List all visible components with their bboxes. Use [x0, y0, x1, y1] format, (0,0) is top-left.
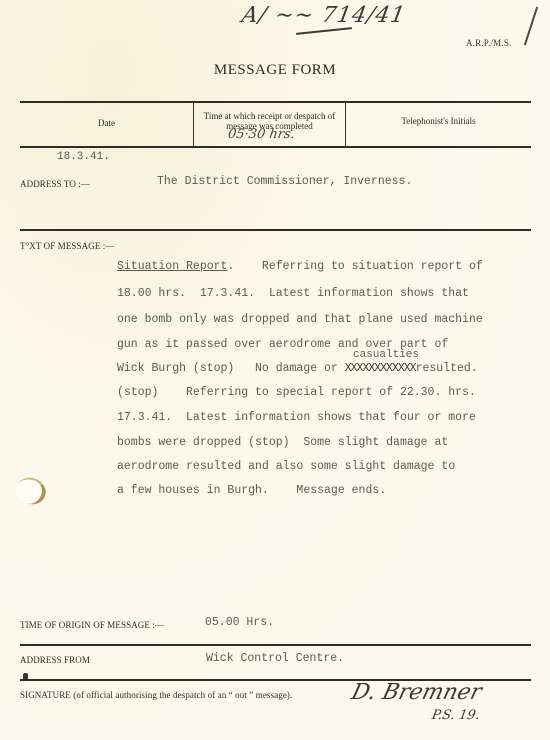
address-from-rule: [20, 644, 531, 646]
time-completed-value: 05·30 hrs.: [227, 127, 296, 142]
message-section-rule: [20, 229, 531, 231]
text-of-message-label: T°XT OF MESSAGE :—: [20, 241, 115, 251]
table-top-rule: [20, 101, 531, 103]
form-code: A.R.P./M.S.: [466, 38, 511, 48]
time-of-origin-value: 05.00 Hrs.: [205, 616, 274, 629]
signature-label: SIGNATURE (of official authorising the d…: [20, 690, 292, 700]
address-from-value: Wick Control Centre.: [206, 652, 344, 665]
tick-mark: [524, 7, 538, 46]
inserted-correction: casualties: [353, 349, 419, 361]
address-from-label: ADDRESS FROM: [20, 655, 90, 665]
reference-underline: [296, 27, 352, 35]
message-heading: Situation Report: [117, 260, 227, 273]
date-value: 18.3.41.: [57, 151, 110, 163]
message-line: aerodrome resulted and also some slight …: [117, 460, 455, 473]
handwritten-reference: A/ ~~ 714/41: [240, 3, 408, 28]
time-of-origin-label: TIME OF ORIGIN OF MESSAGE :—: [20, 620, 164, 630]
message-line: bombs were dropped (stop) Some slight da…: [117, 436, 448, 449]
struck-out-text: XXXXXXXXXXXX: [345, 362, 416, 375]
message-line: 18.00 hrs. 17.3.41. Latest information s…: [117, 287, 469, 300]
punch-hole-stain: [12, 474, 49, 509]
message-line: one bomb only was dropped and that plane…: [117, 313, 483, 326]
signature: D. Bremner: [349, 680, 484, 705]
message-line: 17.3.41. Latest information shows that f…: [117, 411, 476, 424]
column-header-date: Date: [20, 118, 193, 128]
message-line: Situation Report. Referring to situation…: [117, 260, 483, 273]
column-header-telephonist: Telephonist's Initials: [346, 116, 531, 126]
message-form-page: A/ ~~ 714/41 A.R.P./M.S. MESSAGE FORM Da…: [0, 0, 550, 740]
signature-initials: P.S. 19.: [431, 708, 481, 723]
address-to-label: ADDRESS TO :—: [20, 179, 90, 189]
message-line: (stop) Referring to special report of 22…: [117, 386, 476, 399]
form-title: MESSAGE FORM: [0, 62, 550, 79]
message-line: a few houses in Burgh. Message ends.: [117, 484, 386, 497]
message-line: Wick Burgh (stop) No damage or XXXXXXXXX…: [117, 362, 478, 375]
table-bottom-rule: [20, 146, 531, 148]
address-to-value: The District Commissioner, Inverness.: [157, 175, 412, 188]
